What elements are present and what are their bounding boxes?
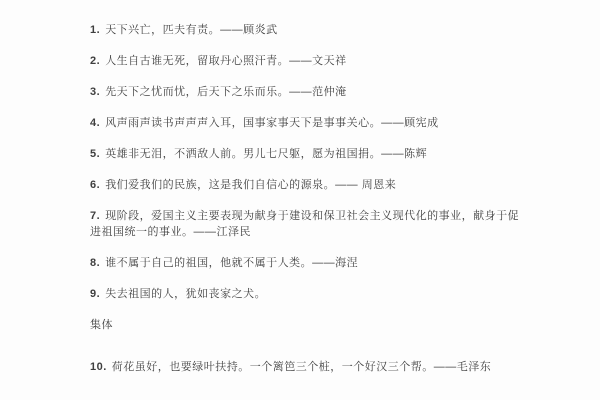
quote-text: 我们爱我们的民族，这是我们自信心的源泉。—— 周恩来	[105, 179, 396, 191]
quote-text: 荷花虽好，也要绿叶扶持。一个篱笆三个桩，一个好汉三个帮。——毛泽东	[112, 361, 492, 373]
quote-number: 4.	[90, 117, 100, 129]
quote-number: 3.	[90, 86, 100, 98]
quote-item-5: 5.英雄非无泪，不洒敌人前。男儿七尺躯，愿为祖国捐。——陈辉	[90, 146, 530, 162]
quote-number: 6.	[90, 179, 100, 191]
quote-number: 10.	[90, 361, 107, 373]
quote-text: 失去祖国的人，犹如丧家之犬。	[105, 288, 266, 300]
document-page: 1.天下兴亡，匹夫有责。——顾炎武 2.人生自古谁无死，留取丹心照汗青。——文天…	[0, 0, 600, 400]
quote-item-3: 3.先天下之忧而忧，后天下之乐而乐。——范仲淹	[90, 84, 530, 100]
quote-number: 5.	[90, 148, 100, 160]
quote-text: 谁不属于自己的祖国，他就不属于人类。——海涅	[105, 257, 358, 269]
quote-item-4: 4.风声雨声读书声声声入耳，国事家事天下是事事关心。——顾宪成	[90, 115, 530, 131]
quote-number: 9.	[90, 288, 100, 300]
quote-text: 英雄非无泪，不洒敌人前。男儿七尺躯，愿为祖国捐。——陈辉	[105, 148, 427, 160]
quote-text: 风声雨声读书声声声入耳，国事家事天下是事事关心。——顾宪成	[105, 117, 439, 129]
quote-text: 先天下之忧而忧，后天下之乐而乐。——范仲淹	[105, 86, 347, 98]
quote-text: 现阶段，爱国主义主要表现为献身于建设和保卫社会主义现代化的事业，献身于促进祖国统…	[90, 210, 519, 238]
quote-list: 1.天下兴亡，匹夫有责。——顾炎武 2.人生自古谁无死，留取丹心照汗青。——文天…	[90, 22, 530, 390]
quote-item-7: 7.现阶段，爱国主义主要表现为献身于建设和保卫社会主义现代化的事业，献身于促进祖…	[90, 208, 530, 240]
quote-number: 7.	[90, 210, 100, 222]
quote-number: 8.	[90, 257, 100, 269]
quote-item-9: 9.失去祖国的人，犹如丧家之犬。	[90, 286, 530, 302]
quote-text: 天下兴亡，匹夫有责。——顾炎武	[105, 24, 278, 36]
quote-number: 2.	[90, 55, 100, 67]
quote-item-1: 1.天下兴亡，匹夫有责。——顾炎武	[90, 22, 530, 38]
quote-text: 人生自古谁无死，留取丹心照汗青。——文天祥	[105, 55, 347, 67]
section-header: 集体	[90, 317, 530, 333]
quote-item-8: 8.谁不属于自己的祖国，他就不属于人类。——海涅	[90, 255, 530, 271]
quote-item-2: 2.人生自古谁无死，留取丹心照汗青。——文天祥	[90, 53, 530, 69]
quote-item-10: 10.荷花虽好，也要绿叶扶持。一个篱笆三个桩，一个好汉三个帮。——毛泽东	[90, 359, 530, 375]
quote-number: 1.	[90, 24, 100, 36]
quote-item-6: 6.我们爱我们的民族，这是我们自信心的源泉。—— 周恩来	[90, 177, 530, 193]
